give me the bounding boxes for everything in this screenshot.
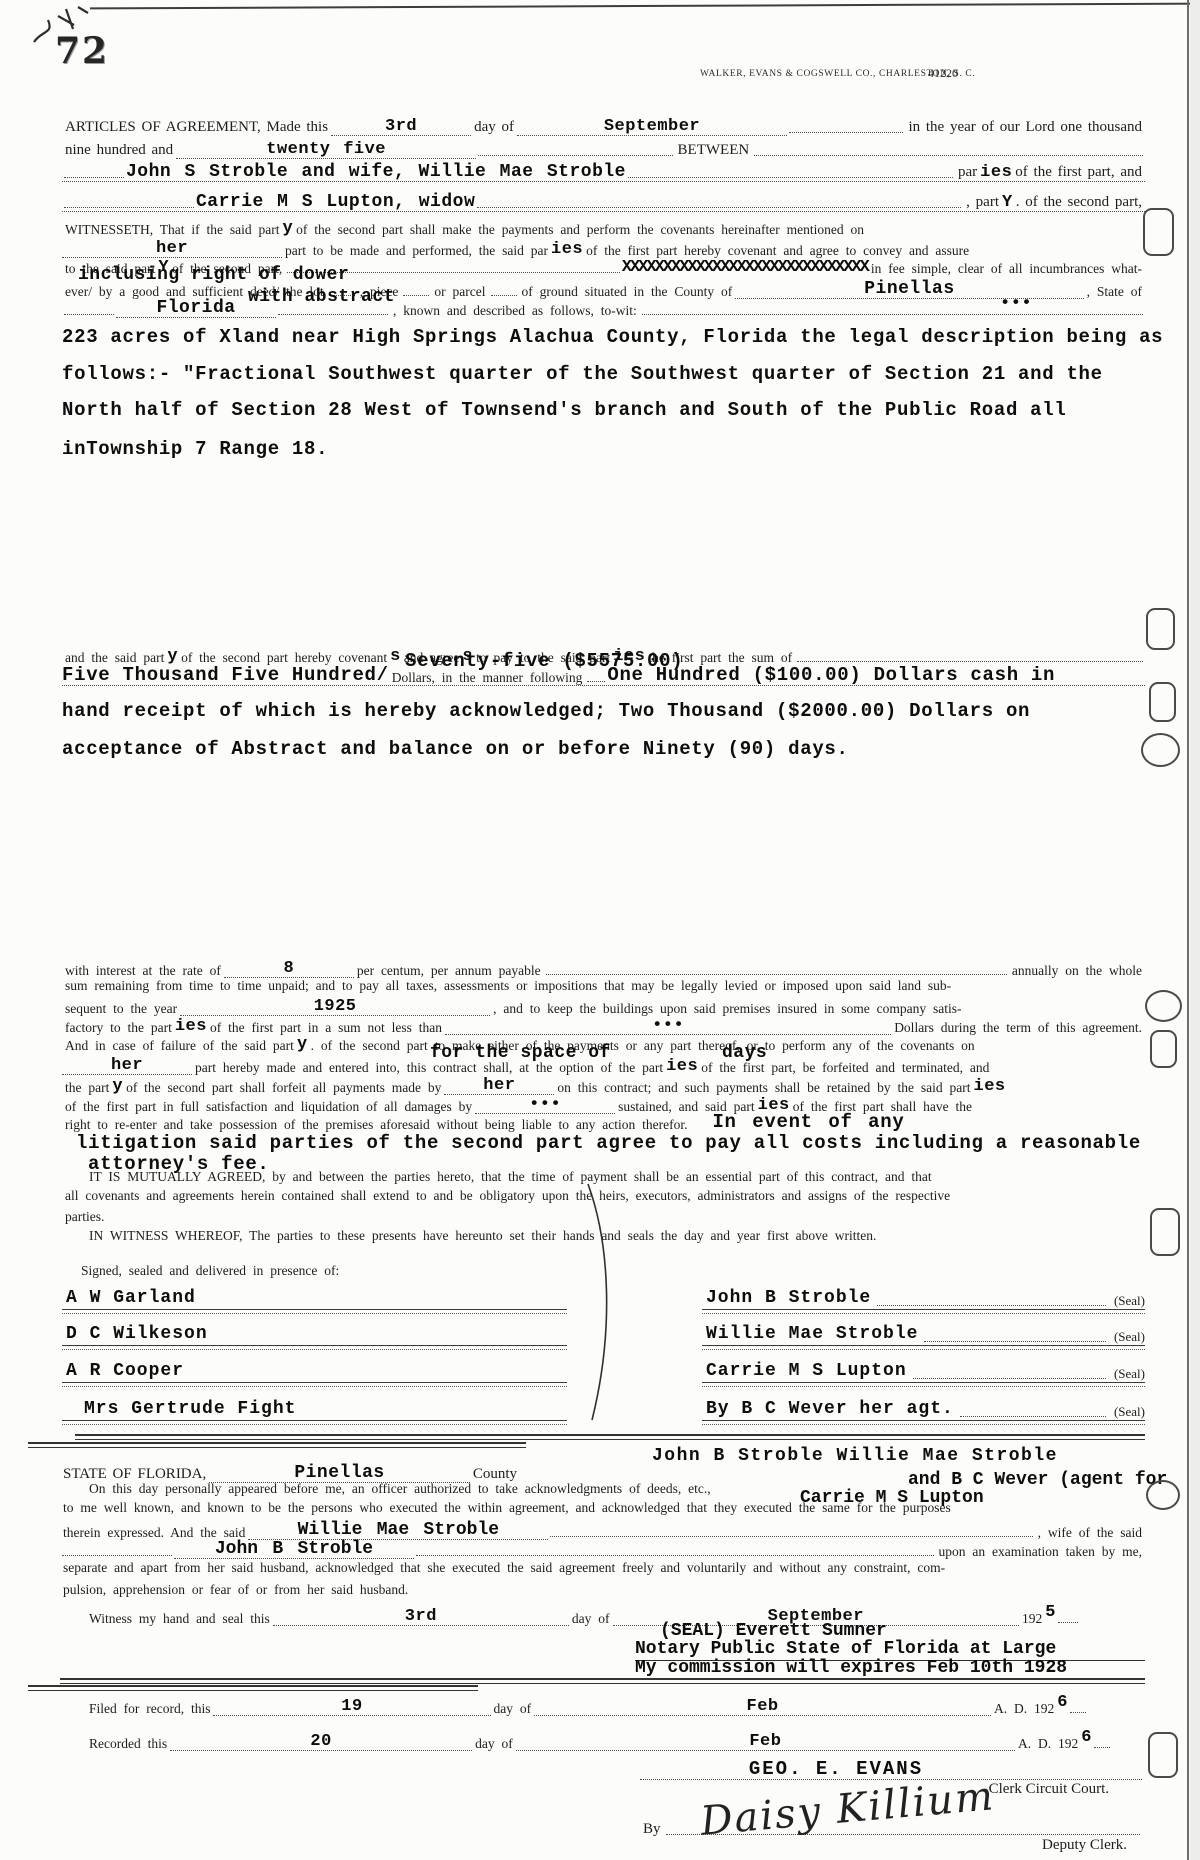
printed-segment: to me well known, and known to be the pe… <box>60 1501 954 1515</box>
typed-her: her <box>62 1057 192 1075</box>
printed-segment: nine hundred and <box>62 143 176 159</box>
party-signature-cell: By B C Wever her agt. (Seal) <box>702 1400 1145 1421</box>
typed-month: September <box>517 118 787 136</box>
printed-segment: of the first part hereby covenant and ag… <box>583 244 972 258</box>
typed-y: Y <box>1002 194 1013 211</box>
witness-signature: A R Cooper <box>62 1362 188 1382</box>
dotted-fill <box>628 175 953 178</box>
printed-segment: 192 <box>1019 1612 1045 1626</box>
printed-segment: day of <box>472 1737 516 1751</box>
witness-signature-cell: D C Wilkeson <box>62 1325 567 1346</box>
typed-recorded-month: Feb <box>516 1733 1015 1751</box>
typed-s: s <box>390 648 401 665</box>
section-divider-rule <box>60 1678 1145 1684</box>
printed-segment: of the second part hereby covenant <box>178 651 390 665</box>
printed-segment: per centum, per annum payable <box>354 964 544 978</box>
typed-year: 1925 <box>180 998 490 1016</box>
printed-segment: of the first part in full satisfaction a… <box>62 1100 475 1114</box>
seal-label: (Seal) <box>1108 1294 1145 1309</box>
hole-punch-mark <box>1141 733 1180 767</box>
printed-segment: IN WITNESS WHEREOF, The parties to these… <box>86 1229 879 1243</box>
typed-ies: ies <box>974 1078 1006 1095</box>
printed-segment: Filed for record, this <box>86 1702 213 1716</box>
typed-husband-name: John B Stroble <box>174 1540 414 1559</box>
printed-segment: BETWEEN <box>675 143 753 159</box>
witnesseth-line-2: her part to be made and performed, the s… <box>62 240 1145 258</box>
notary-line-3: therein expressed. And the said Willie M… <box>60 1521 1145 1540</box>
typed-ies: ies <box>175 1018 207 1035</box>
printed-segment: . of the second part, <box>1013 195 1145 211</box>
party-signature-cell: John B Stroble (Seal) <box>702 1289 1145 1310</box>
printed-segment: sequent to the year <box>62 1002 180 1016</box>
printed-segment: on this contract; and such payments shal… <box>554 1081 973 1095</box>
witnesseth-line-1: WITNESSETH, That if the said part y of t… <box>62 220 1145 237</box>
hole-punch-mark <box>1149 682 1176 722</box>
dotted-fill <box>1094 1745 1110 1748</box>
dotted-fill <box>924 1339 1106 1342</box>
printed-segment: . of the second part to make either of t… <box>308 1039 978 1053</box>
dotted-fill <box>64 312 114 315</box>
witnesseth-line-5: Florida , known and described as follows… <box>62 299 1145 318</box>
printed-segment: all covenants and agreements herein cont… <box>62 1189 953 1203</box>
printed-segment: of the second part shall forfeit all pay… <box>123 1081 444 1095</box>
terms-line-9: right to re-enter and take possession of… <box>62 1113 1145 1132</box>
signature-row: Mrs Gertrude Fight By B C Wever her agt.… <box>62 1394 1145 1421</box>
dotted-fill <box>64 175 124 178</box>
printed-segment: On this day personally appeared before m… <box>86 1482 714 1496</box>
dotted-fill <box>789 130 903 133</box>
hole-punch-mark <box>1150 1030 1177 1068</box>
page-number: 72 <box>55 30 109 72</box>
description-line-3: North half of Section 28 West of Townsen… <box>62 401 1066 420</box>
party-signature: Willie Mae Stroble <box>702 1325 922 1345</box>
printed-segment: Signed, sealed and delivered in presence… <box>78 1264 342 1278</box>
printed-segment: separate and apart from her said husband… <box>60 1561 948 1575</box>
typed-wife-name: Willie Mae Stroble <box>248 1521 548 1540</box>
printed-segment: therein expressed. And the said <box>60 1526 248 1540</box>
typed-strikeout-x: XXXXXXXXXXXXXXXXXXXXXXXXXXXXXX <box>622 259 868 276</box>
section-divider-rule <box>28 1442 526 1448</box>
printed-segment: day of <box>471 120 517 136</box>
description-line-2: follows:- "Fractional Southwest quarter … <box>62 365 1103 384</box>
printed-segment: of the first part in a sum not less than <box>207 1021 445 1035</box>
printed-segment: par <box>955 165 980 181</box>
printed-segment: , and to keep the buildings upon said pr… <box>490 1002 964 1016</box>
typed-notary-seal-name: (SEAL) Everett Sumner <box>660 1622 887 1640</box>
hole-punch-mark <box>1146 608 1175 650</box>
typed-wever-agent: and B C Wever (agent for <box>908 1471 1167 1489</box>
printed-segment: Witness my hand and seal this <box>86 1612 273 1626</box>
typed-year-digit: 5 <box>1045 1604 1056 1621</box>
dotted-fill <box>587 679 605 682</box>
typed-ies: ies <box>980 164 1012 181</box>
signature-row: A R Cooper Carrie M S Lupton (Seal) <box>62 1356 1145 1383</box>
seal-label: (Seal) <box>1108 1367 1145 1382</box>
typed-dots: ••• <box>475 1096 615 1114</box>
terms-line-8: of the first part in full satisfaction a… <box>62 1096 1145 1114</box>
dotted-fill <box>1070 1710 1086 1713</box>
terms-line-3: sequent to the year 1925 , and to keep t… <box>62 998 1145 1016</box>
printed-segment: A. D. 192 <box>1015 1737 1081 1751</box>
typed-recorded-year: 6 <box>1081 1729 1092 1746</box>
section-divider-rule <box>75 1434 1145 1440</box>
typed-commission-line: My commission will expires Feb 10th 1928 <box>635 1659 1145 1680</box>
printed-segment: day of <box>491 1702 535 1716</box>
witness-signature: D C Wilkeson <box>62 1325 212 1345</box>
typed-her: her <box>444 1077 554 1095</box>
opening-line-1: ARTICLES OF AGREEMENT, Made this 3rd day… <box>62 118 1145 136</box>
typed-cash-terms: One Hundred ($100.00) Dollars cash in <box>607 666 1055 685</box>
typed-y: y <box>112 1078 123 1095</box>
witnesseth-line-4: ever/ by a good and sufficient deed/ the… <box>62 280 1145 299</box>
party-signature: Carrie M S Lupton <box>702 1362 911 1382</box>
signature-row: A W Garland John B Stroble (Seal) <box>62 1283 1145 1310</box>
typed-filed-year: 6 <box>1057 1694 1068 1711</box>
hole-punch-mark <box>1150 1208 1180 1256</box>
clerk-name-line: GEO. E. EVANS <box>640 1760 1142 1780</box>
printed-segment: in the year of our Lord one thousand <box>905 120 1145 136</box>
typed-y: y <box>297 1036 308 1053</box>
typed-y: y <box>282 220 293 237</box>
dotted-fill <box>642 312 1143 315</box>
printed-segment: part hereby made and entered into, this … <box>192 1061 666 1075</box>
printed-segment: day of <box>569 1612 613 1626</box>
printed-segment: , State of <box>1084 285 1145 299</box>
printed-segment: upon an examination taken by me, <box>936 1545 1145 1559</box>
printed-segment: of the second part shall make the paymen… <box>293 223 867 237</box>
notary-line-2: to me well known, and known to be the pe… <box>60 1501 1145 1515</box>
dotted-fill <box>754 153 1143 156</box>
notary-witness-line: Witness my hand and seal this 3rd day of… <box>86 1608 1080 1626</box>
signature-row: D C Wilkeson Willie Mae Stroble (Seal) <box>62 1319 1145 1346</box>
dotted-fill <box>478 153 672 156</box>
printed-segment: of the first part, and <box>1012 165 1145 181</box>
clerk-title-label: Clerk Circuit Court. <box>986 1782 1112 1798</box>
printed-segment: , part <box>963 195 1002 211</box>
section-divider-rule <box>28 1685 478 1691</box>
scan-edge-shade <box>1190 0 1200 1860</box>
typed-day: 3rd <box>331 118 471 136</box>
party-signature: By B C Wever her agt. <box>702 1400 958 1420</box>
printed-segment: in fee simple, clear of all incumbrances… <box>868 262 1145 276</box>
dotted-fill <box>62 1553 172 1556</box>
printed-segment: Dollars, in the manner following <box>389 671 586 685</box>
deed-book-page: 72 WALKER, EVANS & COGSWELL CO., CHARLES… <box>0 0 1200 1860</box>
seal-label: (Seal) <box>1108 1405 1145 1420</box>
opening-line-2: nine hundred and twenty five BETWEEN <box>62 141 1145 159</box>
typed-filed-month: Feb <box>534 1698 991 1716</box>
dotted-fill <box>403 293 429 296</box>
notary-line-6: pulsion, apprehension or fear of or from… <box>60 1583 1145 1597</box>
dotted-fill <box>960 1414 1106 1417</box>
printed-segment: Recorded this <box>86 1737 170 1751</box>
terms-line-4: factory to the part ies of the first par… <box>62 1017 1145 1035</box>
typed-litigation-1: In event of any <box>712 1113 904 1132</box>
payment-line-2: Five Thousand Five Hundred/ Dollars, in … <box>62 666 1145 686</box>
hole-punch-mark <box>1146 1480 1180 1510</box>
printed-segment: , wife of the said <box>1035 1526 1145 1540</box>
dotted-fill <box>797 659 1143 662</box>
party-signature-cell: Willie Mae Stroble (Seal) <box>702 1325 1145 1346</box>
description-line-4: inTownship 7 Range 18. <box>62 440 328 459</box>
scan-top-edge-artifact <box>90 3 1200 10</box>
printed-segment: part to be made and performed, the said … <box>282 244 551 258</box>
printed-segment: And in case of failure of the said part <box>62 1039 297 1053</box>
witness-signature: A W Garland <box>62 1289 200 1309</box>
dotted-fill <box>550 1534 1032 1537</box>
opening-line-3: John S Stroble and wife, Willie Mae Stro… <box>62 163 1145 182</box>
terms-line-6: her part hereby made and entered into, t… <box>62 1057 1145 1075</box>
typed-recorded-day: 20 <box>170 1733 472 1751</box>
printed-segment: with interest at the rate of <box>62 964 224 978</box>
printed-segment: pulsion, apprehension or fear of or from… <box>60 1583 411 1597</box>
typed-day: 3rd <box>273 1608 569 1626</box>
printed-segment: WITNESSETH, That if the said part <box>62 223 282 237</box>
printed-segment: the part <box>62 1081 112 1095</box>
printed-segment: of the first part, be forfeited and term… <box>698 1061 992 1075</box>
witness-signature: Mrs Gertrude Fight <box>62 1400 300 1420</box>
typed-rate: 8 <box>224 960 354 978</box>
typed-ies: ies <box>666 1058 698 1075</box>
witness-signature-cell: Mrs Gertrude Fight <box>62 1400 567 1421</box>
scan-edge-line <box>1187 0 1189 1860</box>
dotted-fill <box>913 1376 1106 1379</box>
typed-dots: ••• <box>445 1017 891 1035</box>
notary-line-5: separate and apart from her said husband… <box>60 1561 1145 1575</box>
printer-job-number: 41220 <box>928 66 958 81</box>
notary-line-4: John B Stroble upon an examination taken… <box>60 1540 1145 1559</box>
typed-ies: ies <box>551 241 583 258</box>
party-signature-cell: Carrie M S Lupton (Seal) <box>702 1362 1145 1383</box>
typed-with-abstract: with abstract <box>248 288 395 306</box>
typed-filed-day: 19 <box>213 1698 490 1716</box>
typed-clerk-name: GEO. E. EVANS <box>640 1760 1142 1780</box>
printed-segment: and the said part <box>62 651 167 665</box>
recorded-line: Recorded this 20 day of Feb A. D. 192 6 <box>86 1733 1112 1751</box>
payment-line-4: acceptance of Abstract and balance on or… <box>62 740 849 759</box>
dotted-fill <box>1058 1620 1078 1623</box>
hole-punch-mark <box>1148 1732 1178 1778</box>
dotted-fill <box>416 1553 934 1556</box>
printed-segment: sum remaining from time to time unpaid; … <box>62 979 954 993</box>
deputy-title-label: Deputy Clerk. <box>1039 1838 1130 1854</box>
printed-segment: factory to the part <box>62 1021 175 1035</box>
seal-label: (Seal) <box>1108 1330 1145 1345</box>
printed-segment: , known and described as follows, to-wit… <box>390 304 640 318</box>
witness-signature-cell: A R Cooper <box>62 1362 567 1383</box>
typed-second-party: Carrie M S Lupton, widow <box>196 193 475 211</box>
typed-year-words: twenty five <box>176 141 476 159</box>
opening-line-4: Carrie M S Lupton, widow , part Y . of t… <box>62 193 1145 212</box>
printed-segment: annually on the whole <box>1009 964 1145 978</box>
description-line-1: 223 acres of Xland near High Springs Ala… <box>62 328 1163 347</box>
dotted-fill <box>877 1303 1106 1306</box>
typed-litigation-2: litigation said parties of the second pa… <box>76 1134 1141 1153</box>
printed-segment: parties. <box>62 1210 107 1224</box>
dotted-fill <box>477 205 961 208</box>
dotted-fill <box>278 312 388 315</box>
printed-segment: right to re-enter and take possession of… <box>62 1118 690 1132</box>
hole-punch-mark <box>1143 208 1174 256</box>
terms-line-1: with interest at the rate of 8 per centu… <box>62 960 1145 978</box>
printed-segment: or parcel <box>431 285 488 299</box>
hole-punch-mark <box>1145 990 1182 1022</box>
terms-line-7: the part y of the second part shall forf… <box>62 1077 1145 1095</box>
printed-segment: ARTICLES OF AGREEMENT, Made this <box>62 120 331 136</box>
party-signature: John B Stroble <box>702 1289 875 1309</box>
typed-her: her <box>62 240 282 258</box>
typed-notary-overline: John B Stroble Willie Mae Stroble <box>652 1447 1058 1465</box>
printed-segment: Dollars during the term of this agreemen… <box>891 1021 1145 1035</box>
witness-signature-cell: A W Garland <box>62 1289 567 1310</box>
printed-segment: By <box>640 1822 664 1838</box>
typed-amount: Five Thousand Five Hundred/ <box>62 666 389 685</box>
typed-first-party: John S Stroble and wife, Willie Mae Stro… <box>126 163 626 181</box>
dotted-fill <box>64 205 194 208</box>
terms-line-2: sum remaining from time to time unpaid; … <box>62 979 1145 993</box>
filed-line: Filed for record, this 19 day of Feb A. … <box>86 1698 1088 1716</box>
printed-segment: IT IS MUTUALLY AGREED, by and between th… <box>86 1170 935 1184</box>
printed-segment: of ground situated in the County of <box>519 285 736 299</box>
typed-y: y <box>167 648 178 665</box>
dotted-fill <box>491 293 517 296</box>
payment-line-3: hand receipt of which is hereby acknowle… <box>62 702 1030 721</box>
dotted-fill <box>546 972 1007 975</box>
printed-segment: A. D. 192 <box>991 1702 1057 1716</box>
